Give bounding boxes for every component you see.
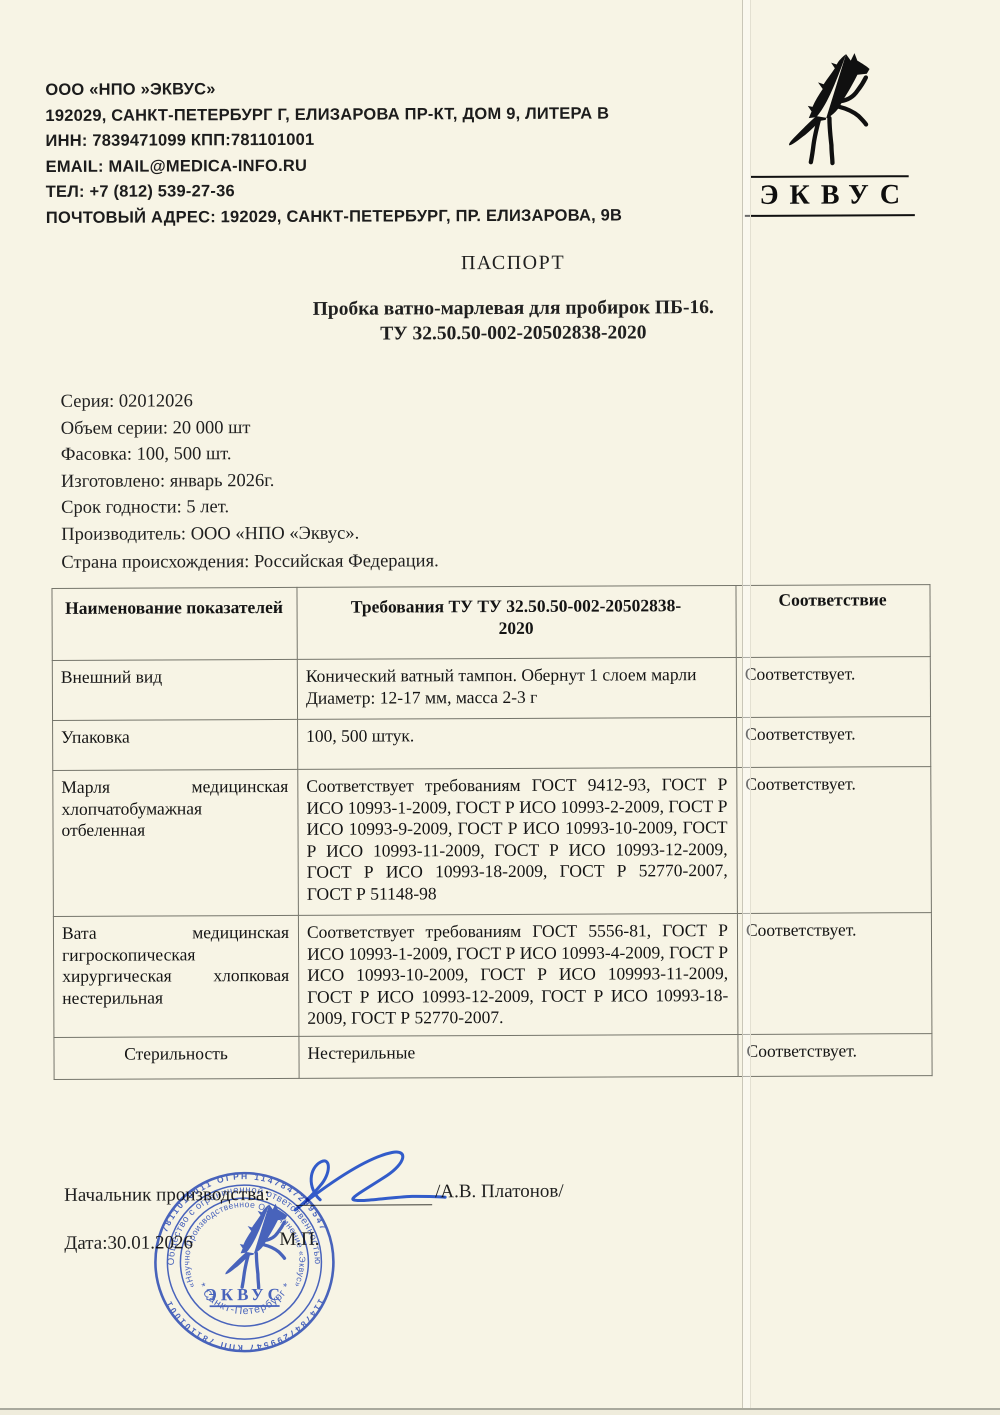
scan-fold-highlight	[743, 0, 750, 1415]
table-row: Марля медицинская хлопчатобумажная отбел…	[53, 767, 932, 917]
horse-icon	[779, 48, 880, 170]
table-row: Вата медицинская гигроскопическая хирург…	[53, 913, 932, 1037]
row-conformity: Соответствует.	[736, 657, 930, 718]
stamp-center-wordmark: ЭКВУС	[205, 1285, 284, 1304]
document-title: ПАСПОРТ	[28, 250, 998, 277]
product-title: Пробка ватно-марлевая для пробирок ПБ-16…	[28, 295, 998, 348]
row-conformity: Соответствует.	[738, 1033, 932, 1076]
table-row: Упаковка 100, 500 штук. Соответствует.	[53, 717, 931, 771]
company-header: ООО «НПО »ЭКВУС» 192029, САНКТ-ПЕТЕРБУРГ…	[45, 75, 646, 231]
row-name: Внешний вид	[52, 659, 297, 720]
row-requirement: 100, 500 штук.	[298, 717, 737, 769]
made-date: Изготовлено: январь 2026г.	[61, 467, 359, 495]
manufacturer: Производитель: ООО «НПО «Эквус».	[61, 521, 359, 549]
row-conformity: Соответствует.	[737, 767, 932, 914]
packing: Фасовка: 100, 500 шт.	[61, 441, 359, 469]
series-volume: Объем серии: 20 000 шт	[61, 414, 359, 442]
series-details: Серия: 02012026 Объем серии: 20 000 шт Ф…	[61, 388, 360, 549]
company-address: 192029, САНКТ-ПЕТЕРБУРГ Г, ЕЛИЗАРОВА ПР-…	[45, 101, 645, 129]
logo-rule-bottom	[745, 214, 915, 217]
shelf-life: Срок годности: 5 лет.	[61, 494, 359, 522]
company-round-stamp: 7811010011 ОГРН 1147847299547 1147847299…	[144, 1162, 345, 1363]
row-requirement: Нестерильные	[299, 1034, 738, 1078]
stamp-horse-icon	[225, 1204, 287, 1289]
row-name: Вата медицинская гигроскопическая хирург…	[53, 915, 299, 1037]
company-email: EMAIL: MAIL@MEDICA-INFO.RU	[46, 152, 646, 180]
col-header-requirements: Требования ТУ ТУ 32.50.50-002-20502838- …	[297, 585, 736, 659]
row-conformity: Соответствует.	[737, 913, 932, 1034]
scanned-passport-document: ООО «НПО »ЭКВУС» 192029, САНКТ-ПЕТЕРБУРГ…	[0, 0, 1000, 1415]
table-row: Стерильность Нестерильные Соответствует.	[54, 1033, 932, 1079]
company-logo: ЭКВУС	[739, 48, 920, 220]
company-inn-kpp: ИНН: 7839471099 КПП:781101001	[45, 127, 645, 155]
scan-bottom-margin	[0, 1410, 1000, 1415]
company-name: ООО «НПО »ЭКВУС»	[45, 75, 645, 103]
country-of-origin: Страна происхождения: Российская Федерац…	[61, 551, 438, 574]
logo-wordmark: ЭКВУС	[740, 180, 920, 211]
col-header-conformity: Соответствие	[736, 585, 930, 658]
company-phone: ТЕЛ: +7 (812) 539-27-36	[46, 178, 646, 206]
col-header-indicator: Наименование показателей	[52, 587, 297, 660]
scan-fold-line-secondary	[750, 0, 751, 1415]
row-requirement: Соответствует требованиям ГОСТ 9412-93, …	[298, 767, 738, 915]
row-name: Марля медицинская хлопчатобумажная отбел…	[53, 769, 299, 916]
series: Серия: 02012026	[61, 388, 359, 416]
row-name: Упаковка	[53, 719, 298, 770]
row-name: Стерильность	[54, 1036, 299, 1079]
table-header-row: Наименование показателей Требования ТУ Т…	[52, 585, 930, 661]
row-requirement: Конический ватный тампон. Обернут 1 слое…	[297, 657, 736, 719]
company-postal-address: ПОЧТОВЫЙ АДРЕС: 192029, САНКТ-ПЕТЕРБУРГ,…	[46, 203, 646, 231]
logo-rule-top	[751, 175, 909, 178]
row-conformity: Соответствует.	[737, 717, 931, 768]
row-requirement: Соответствует требованиям ГОСТ 5556-81, …	[298, 913, 738, 1035]
spec-table: Наименование показателей Требования ТУ Т…	[51, 584, 932, 1079]
table-row: Внешний вид Конический ватный тампон. Об…	[52, 657, 930, 721]
product-title-line2: ТУ 32.50.50-002-20502838-2020	[28, 319, 998, 348]
